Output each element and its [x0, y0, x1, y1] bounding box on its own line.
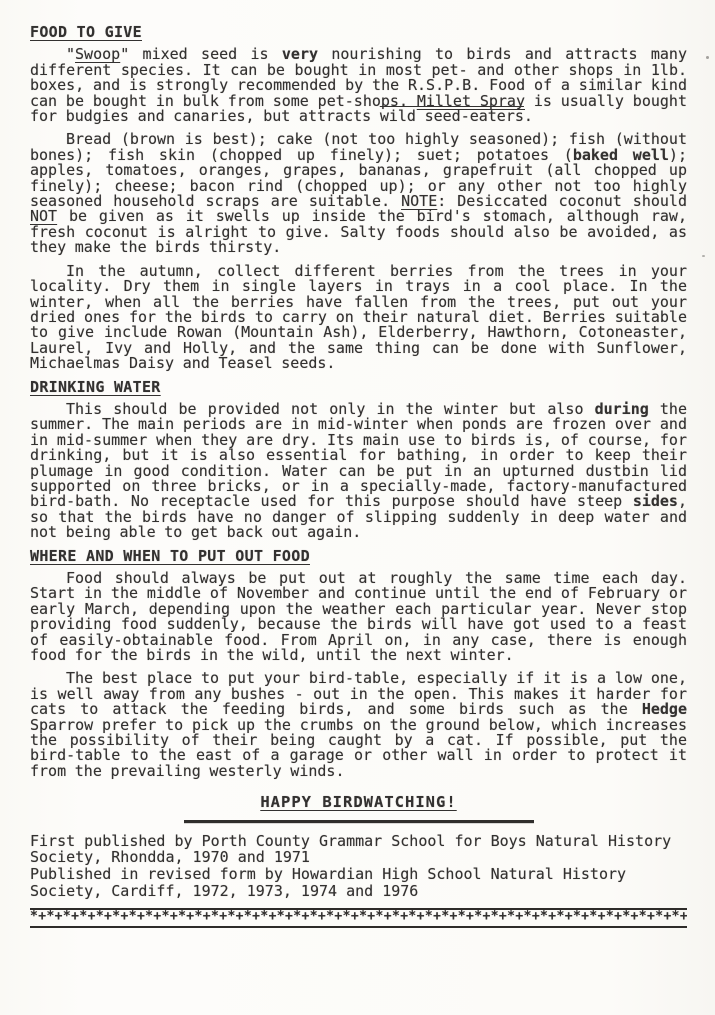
publication-line-first: First published by Porth County Grammar …: [30, 833, 687, 866]
text-segment: be given as it swells up inside the bird…: [30, 207, 687, 256]
paragraph-berries: In the autumn, collect different berries…: [30, 264, 687, 372]
paragraph-water: This should be provided not only in the …: [30, 402, 687, 541]
text-segment: Food should always be put out at roughly…: [30, 569, 687, 664]
paragraph-household-scraps: Bread (brown is best); cake (not too hig…: [30, 132, 687, 255]
text-segment: .: [524, 107, 533, 125]
section-drinking-water: DRINKING WATER This should be provided n…: [30, 380, 687, 541]
section-food-to-give: FOOD TO GIVE "Swoop" mixed seed is very …: [30, 25, 687, 372]
publication-line-revised: Published in revised form by Howardian H…: [30, 866, 687, 899]
scanned-document: { "colors": { "paper": "#fcfbf8", "ink":…: [0, 0, 715, 1015]
divider-line: [184, 820, 534, 823]
paragraph-swoop-seed: "Swoop" mixed seed is very nourishing to…: [30, 47, 687, 124]
paragraph-timing: Food should always be put out at roughly…: [30, 571, 687, 663]
section-where-and-when: WHERE AND WHEN TO PUT OUT FOOD Food shou…: [30, 549, 687, 780]
text-segment: Sparrow prefer to pick up the crumbs on …: [30, 716, 687, 780]
scan-speck: [427, 506, 429, 508]
scan-speck: [702, 255, 705, 257]
publication-credits: First published by Porth County Grammar …: [30, 833, 687, 899]
document-page: FOOD TO GIVE "Swoop" mixed seed is very …: [0, 0, 715, 928]
text-segment: the summer. The main periods are in mid-…: [30, 400, 687, 510]
scan-speck: [706, 56, 709, 59]
closing-heading: HAPPY BIRDWATCHING!: [30, 793, 687, 811]
text-segment: wild seed-eaters: [380, 107, 524, 125]
section-heading-where-and-when: WHERE AND WHEN TO PUT OUT FOOD: [30, 549, 687, 564]
text-segment: In the autumn, collect different berries…: [30, 262, 687, 372]
decorative-footer-border: *+*+*+*+*+*+*+*+*+*+*+*+*+*+*+*+*+*+*+*+…: [30, 908, 687, 928]
text-segment: The best place to put your bird-table, e…: [30, 669, 687, 718]
paragraph-bird-table-placement: The best place to put your bird-table, e…: [30, 671, 687, 779]
section-heading-food-to-give: FOOD TO GIVE: [30, 25, 687, 40]
section-heading-drinking-water: DRINKING WATER: [30, 380, 687, 395]
